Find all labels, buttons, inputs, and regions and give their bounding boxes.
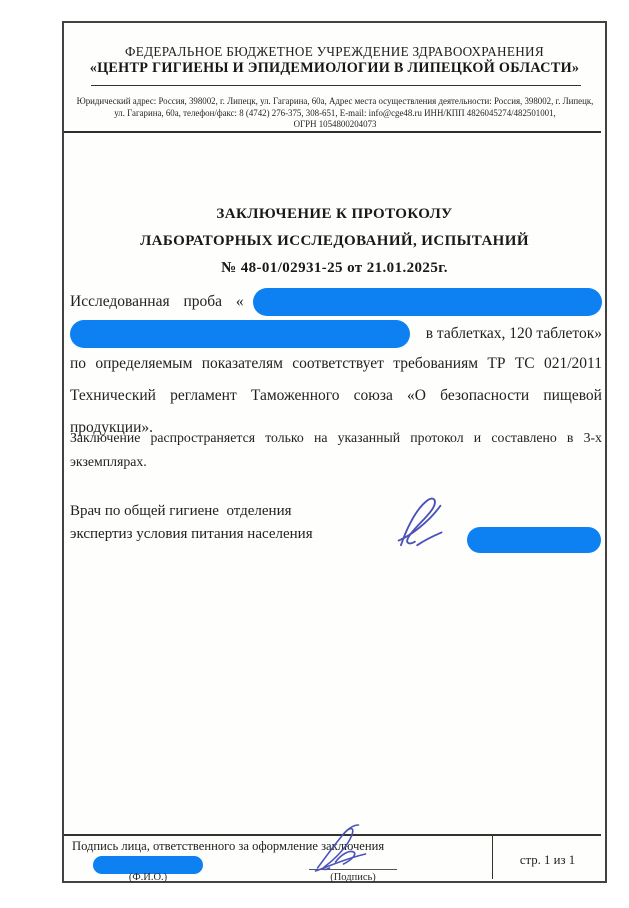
signature-stroke-icon <box>310 824 372 874</box>
redaction-bar-sample-name-2 <box>70 320 410 348</box>
document-title-line2: ЛАБОРАТОРНЫХ ИССЛЕДОВАНИЙ, ИСПЫТАНИЙ <box>70 233 599 253</box>
redaction-bar-sample-name-1 <box>253 288 602 316</box>
page-number-cell: стр. 1 из 1 <box>492 853 603 868</box>
header-divider-thick <box>64 131 601 133</box>
address-line: ул. Гагарина, 60а, телефон/факс: 8 (4742… <box>74 108 596 120</box>
address-line: Юридический адрес: Россия, 398002, г. Ли… <box>74 96 596 108</box>
redaction-bar-signatory-name <box>467 527 601 553</box>
footer-signature-label: Подпись лица, ответственного за оформлен… <box>72 839 472 854</box>
sign-caption: (Подпись) <box>309 872 397 883</box>
sample-form-text: в таблетках, 120 таблеток» <box>426 320 602 348</box>
body-line-regulation: ТехническийрегламентТаможенногосоюза«Обе… <box>70 386 602 406</box>
address-line: ОГРН 1054800204073 <box>74 119 596 131</box>
sample-intro-text: Исследованная проба « <box>70 288 244 316</box>
note-line-scope: Заключениераспространяетсятольконауказан… <box>70 429 602 447</box>
signatory-role-line2: экспертиз условия питания населения <box>70 526 430 543</box>
note-line-copies: экземплярах. <box>70 453 602 471</box>
fio-caption: (Ф.И.О.) <box>93 872 203 883</box>
document-scan-page: ФЕДЕРАЛЬНОЕ БЮДЖЕТНОЕ УЧРЕЖДЕНИЕ ЗДРАВОО… <box>0 0 629 908</box>
signature-stroke-icon <box>394 494 452 550</box>
organization-name-line1: ФЕДЕРАЛЬНОЕ БЮДЖЕТНОЕ УЧРЕЖДЕНИЕ ЗДРАВОО… <box>70 44 599 60</box>
body-line-compliance: поопределяемымпоказателямсоответствуеттр… <box>70 354 602 374</box>
body-line-sample-intro: Исследованная проба « <box>70 288 602 316</box>
body-line-sample-form: в таблетках, 120 таблеток» <box>70 320 602 348</box>
document-border-frame <box>62 21 607 883</box>
document-number-date: № 48-01/02931-25 от 21.01.2025г. <box>70 260 599 280</box>
header-divider-thin <box>91 85 581 86</box>
organization-address-block: Юридический адрес: Россия, 398002, г. Ли… <box>74 96 596 131</box>
document-title-line1: ЗАКЛЮЧЕНИЕ К ПРОТОКОЛУ <box>70 206 599 226</box>
signature-ink-footer <box>310 824 372 874</box>
organization-name-line2: «ЦЕНТР ГИГИЕНЫ И ЭПИДЕМИОЛОГИИ В ЛИПЕЦКО… <box>70 60 599 77</box>
signature-ink-main <box>394 494 452 550</box>
signatory-role-line1: Врач по общей гигиене отделения <box>70 503 430 520</box>
